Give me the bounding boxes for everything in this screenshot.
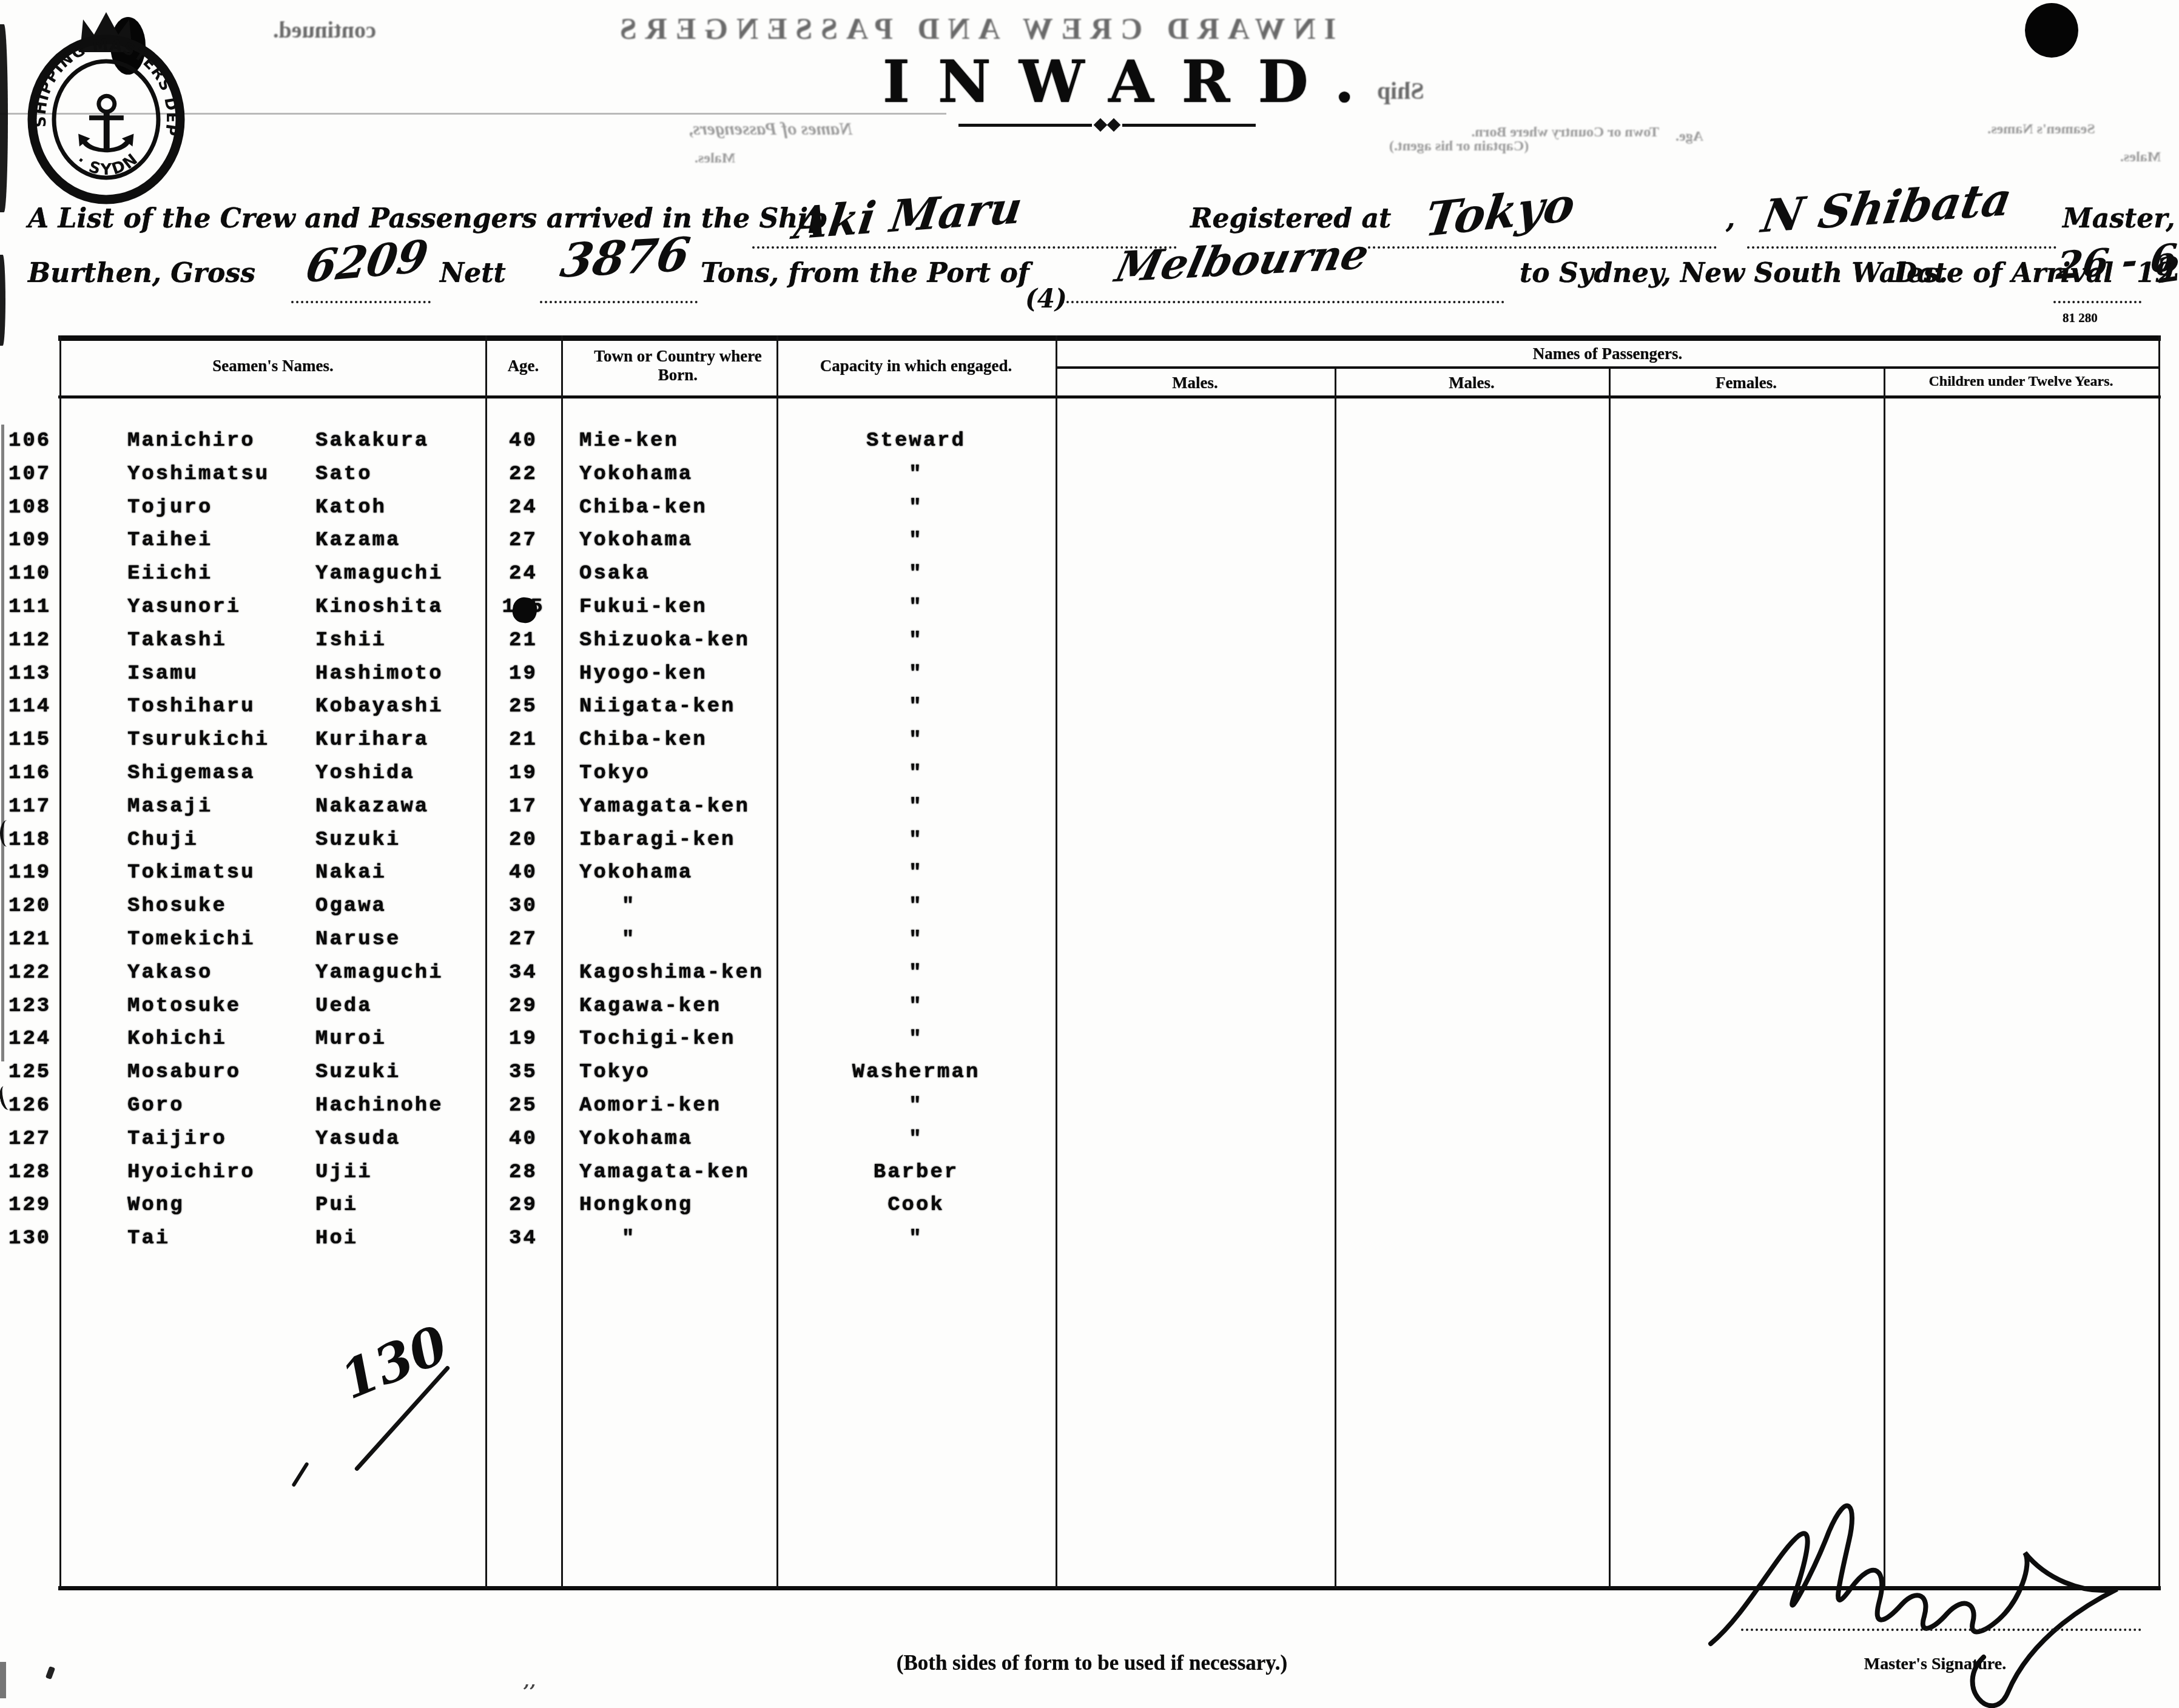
seaman-first-name: Taijiro [127, 1128, 227, 1151]
table-row: 108 Tojuro Katoh 24 Chiba-ken " [0, 493, 2179, 526]
seaman-age: 19 [485, 662, 561, 685]
seaman-last-name: Ishii [315, 629, 386, 652]
port-note: (4) [1025, 284, 1067, 314]
row-number: 113 [8, 662, 63, 685]
table-row: 107 Yoshimatsu Sato 22 Yokohama " [0, 459, 2179, 493]
row-number: 108 [8, 496, 63, 519]
seaman-age: 19 [485, 762, 561, 785]
bleedthrough-seamens: Seamen's Names. [1972, 121, 2111, 137]
row-number: 126 [8, 1094, 63, 1117]
seaman-capacity: " [778, 496, 1054, 519]
seaman-capacity: " [778, 1227, 1054, 1250]
seaman-first-name: Manichiro [127, 429, 255, 452]
master-label: Master, [2063, 203, 2175, 234]
seaman-age: 34 [485, 1227, 561, 1250]
speck [45, 1666, 55, 1679]
row-number: 119 [8, 861, 63, 884]
seaman-age: 21 [485, 629, 561, 652]
row-number: 109 [8, 529, 63, 552]
seaman-capacity: Washerman [778, 1061, 1054, 1084]
bleedthrough-ship: Ship [1377, 76, 1424, 105]
seaman-last-name: Ueda [315, 995, 372, 1018]
torn-edge-artifact [0, 255, 5, 346]
seaman-last-name: Sato [315, 463, 372, 486]
seaman-first-name: Eiichi [127, 562, 212, 585]
table-row: 116 Shigemasa Yoshida 19 Tokyo " [0, 758, 2179, 792]
table-row: 118 Chuji Suzuki 20 Ibaragi-ken " [0, 825, 2179, 858]
seaman-age: 40 [485, 429, 561, 452]
signature-label: Master's Signature. [1832, 1655, 2038, 1674]
row-number: 115 [8, 728, 63, 751]
seaman-last-name: Naruse [315, 928, 400, 951]
seaman-birthplace: Yokohama [579, 1128, 786, 1151]
seaman-capacity: " [778, 795, 1054, 818]
table-row: 128 Hyoichiro Ujii 28 Yamagata-ken Barbe… [0, 1157, 2179, 1191]
scanned-document-page: SHIPPING MASTERS DEPARTMENT · SYDNEY · ⚓… [0, 0, 2179, 1708]
row-number: 128 [8, 1161, 63, 1184]
table-row: 127 Taijiro Yasuda 40 Yokohama " [0, 1124, 2179, 1157]
seaman-last-name: Kinoshita [315, 596, 443, 619]
seaman-last-name: Suzuki [315, 829, 400, 852]
seaman-birthplace: Kagoshima-ken [579, 961, 786, 984]
seaman-first-name: Tai [127, 1227, 170, 1250]
table-row: 129 Wong Pui 29 Hongkong Cook [0, 1190, 2179, 1223]
table-row: 119 Tokimatsu Nakai 40 Yokohama " [0, 858, 2179, 891]
seaman-age: 29 [485, 995, 561, 1018]
table-top-border [58, 335, 2161, 341]
signature-line [1741, 1595, 2141, 1631]
seaman-birthplace: Shizuoka-ken [579, 629, 786, 652]
seaman-age: 21 [485, 728, 561, 751]
table-row: 112 Takashi Ishii 21 Shizuoka-ken " [0, 625, 2179, 659]
header-town: Town or Country where Born. [579, 347, 776, 385]
footer-note: (Both sides of form to be used if necess… [789, 1651, 1395, 1675]
title-ornament [958, 120, 1256, 130]
seaman-last-name: Muroi [315, 1027, 386, 1051]
row-number: 118 [8, 829, 63, 852]
seaman-age: 28 [485, 1161, 561, 1184]
seaman-first-name: Masaji [127, 795, 212, 818]
row-number: 117 [8, 795, 63, 818]
seaman-birthplace: Yamagata-ken [579, 1161, 786, 1184]
seaman-last-name: Yamaguchi [315, 562, 443, 585]
row-number: 112 [8, 629, 63, 652]
row-number: 127 [8, 1128, 63, 1151]
seaman-last-name: Hachinohe [315, 1094, 443, 1117]
seaman-first-name: Hyoichiro [127, 1161, 255, 1184]
anchor-icon: ⚓ [71, 78, 142, 170]
seaman-age: 25 [485, 1094, 561, 1117]
seaman-capacity: " [778, 961, 1054, 984]
form-number: 81 280 [2063, 311, 2098, 325]
row-number: 124 [8, 1027, 63, 1051]
seaman-capacity: Cook [778, 1194, 1054, 1217]
seaman-first-name: Tomekichi [127, 928, 255, 951]
header-age: Age. [485, 357, 561, 375]
seaman-first-name: Yasunori [127, 596, 241, 619]
pen-mark [0, 820, 14, 847]
seaman-first-name: Yakaso [127, 961, 212, 984]
seaman-first-name: Chuji [127, 829, 198, 852]
hole-punch-right [2025, 3, 2078, 58]
seaman-birthplace: Yokohama [579, 861, 786, 884]
seaman-first-name: Wong [127, 1194, 184, 1217]
header-males-1: Males. [1056, 374, 1335, 392]
seaman-age: 25 [485, 695, 561, 718]
seaman-capacity: " [778, 762, 1054, 785]
seaman-last-name: Nakai [315, 861, 386, 884]
seaman-first-name: Tsurukichi [127, 728, 269, 751]
seaman-capacity: " [778, 1128, 1054, 1151]
seaman-age: 29 [485, 1194, 561, 1217]
bleedthrough-males-left: Males. [695, 150, 735, 166]
row-number: 116 [8, 762, 63, 785]
seaman-capacity: " [778, 629, 1054, 652]
comma: , [1726, 203, 1735, 234]
seaman-first-name: Motosuke [127, 995, 241, 1018]
seaman-capacity: Barber [778, 1161, 1054, 1184]
bleedthrough-town: Town or Country where Born. [1514, 124, 1659, 140]
table-row: 125 Mosaburo Suzuki 35 Tokyo Washerman [0, 1057, 2179, 1091]
seaman-age: 27 [485, 928, 561, 951]
seaman-birthplace: Niigata-ken [579, 695, 786, 718]
seaman-capacity: " [778, 529, 1054, 552]
seaman-birthplace: Kagawa-ken [579, 995, 786, 1018]
seaman-last-name: Yoshida [315, 762, 415, 785]
seaman-last-name: Kurihara [315, 728, 429, 751]
row-number: 110 [8, 562, 63, 585]
row-number: 111 [8, 596, 63, 619]
table-row: 121 Tomekichi Naruse 27 " " [0, 924, 2179, 958]
seaman-age: 30 [485, 895, 561, 918]
table-row: 126 Goro Hachinohe 25 Aomori-ken " [0, 1091, 2179, 1124]
table-row: 114 Toshiharu Kobayashi 25 Niigata-ken " [0, 691, 2179, 725]
seaman-last-name: Kobayashi [315, 695, 443, 718]
seaman-age: 19 [485, 1027, 561, 1051]
seaman-capacity: " [778, 728, 1054, 751]
table-row: 130 Tai Hoi 34 " " [0, 1223, 2179, 1257]
bleedthrough-continued: continued. [273, 17, 376, 44]
header-seamens-names: Seamen's Names. [61, 357, 485, 375]
seaman-age: 40 [485, 861, 561, 884]
table-row: 117 Masaji Nakazawa 17 Yamagata-ken " [0, 792, 2179, 825]
seaman-last-name: Hoi [315, 1227, 358, 1250]
seaman-capacity: " [778, 1027, 1054, 1051]
table-row: 111 Yasunori Kinoshita 1 5 Fukui-ken " [0, 592, 2179, 625]
seaman-birthplace: Chiba-ken [579, 496, 786, 519]
seaman-birthplace: Yamagata-ken [579, 795, 786, 818]
seaman-birthplace: Tochigi-ken [579, 1027, 786, 1051]
seaman-age: 24 [485, 562, 561, 585]
seaman-last-name: Hashimoto [315, 662, 443, 685]
nett-value: 3876 [557, 227, 693, 288]
seaman-first-name: Yoshimatsu [127, 463, 269, 486]
seaman-birthplace: Mie-ken [579, 429, 786, 452]
seaman-capacity: " [778, 928, 1054, 951]
seaman-first-name: Shosuke [127, 895, 227, 918]
table-row: 115 Tsurukichi Kurihara 21 Chiba-ken " [0, 725, 2179, 758]
torn-edge-artifact [0, 1662, 6, 1698]
seaman-birthplace: Osaka [579, 562, 786, 585]
seaman-first-name: Toshiharu [127, 695, 255, 718]
bleedthrough-age: Age. [1676, 129, 1703, 144]
bleedthrough-males-right: Males. [2120, 149, 2161, 165]
row-number: 130 [8, 1227, 63, 1250]
passengers-header-underline [1056, 366, 2160, 369]
seaman-first-name: Taihei [127, 529, 212, 552]
seaman-age: 27 [485, 529, 561, 552]
seaman-first-name: Kohichi [127, 1027, 227, 1051]
bleedthrough-title: INWARD CREW AND PASSENGERS [467, 11, 1480, 46]
seaman-capacity: " [778, 695, 1054, 718]
table-row: 122 Yakaso Yamaguchi 34 Kagoshima-ken " [0, 958, 2179, 991]
seaman-age: 24 [485, 496, 561, 519]
table-row: 106 Manichiro Sakakura 40 Mie-ken Stewar… [0, 426, 2179, 459]
table-row: 109 Taihei Kazama 27 Yokohama " [0, 525, 2179, 559]
seaman-capacity: " [778, 463, 1054, 486]
seaman-birthplace: Chiba-ken [579, 728, 786, 751]
row-number: 120 [8, 895, 63, 918]
seaman-capacity: " [778, 596, 1054, 619]
row-number: 125 [8, 1061, 63, 1084]
table-row: 113 Isamu Hashimoto 19 Hyogo-ken " [0, 659, 2179, 692]
seaman-last-name: Yasuda [315, 1128, 400, 1151]
seaman-last-name: Suzuki [315, 1061, 400, 1084]
seaman-capacity: " [778, 861, 1054, 884]
seaman-first-name: Mosaburo [127, 1061, 241, 1084]
seaman-age: 35 [485, 1061, 561, 1084]
seaman-capacity: " [778, 662, 1054, 685]
form-line2-label: Burthen, Gross [28, 258, 255, 289]
seaman-birthplace: Fukui-ken [579, 596, 786, 619]
row-number: 122 [8, 961, 63, 984]
header-males-2: Males. [1335, 374, 1609, 392]
seaman-age: 40 [485, 1128, 561, 1151]
seaman-age: 20 [485, 829, 561, 852]
seaman-last-name: Ogawa [315, 895, 386, 918]
seaman-capacity: Steward [778, 429, 1054, 452]
seaman-last-name: Ujii [315, 1161, 372, 1184]
page-title: INWARD. [883, 47, 1383, 116]
row-number: 114 [8, 695, 63, 718]
header-bottom-line [58, 395, 2161, 398]
seaman-capacity: " [778, 829, 1054, 852]
seaman-last-name: Nakazawa [315, 795, 429, 818]
seaman-first-name: Shigemasa [127, 762, 255, 785]
seaman-capacity: " [778, 995, 1054, 1018]
seaman-birthplace: Tokyo [579, 1061, 786, 1084]
seaman-first-name: Tojuro [127, 496, 212, 519]
seaman-last-name: Kazama [315, 529, 400, 552]
header-females: Females. [1609, 374, 1884, 392]
seaman-birthplace: Tokyo [579, 762, 786, 785]
seaman-last-name: Yamaguchi [315, 961, 443, 984]
seaman-first-name: Tokimatsu [127, 861, 255, 884]
seaman-birthplace: Yokohama [579, 529, 786, 552]
margin-scribble: ’’ [523, 1681, 536, 1703]
header-children: Children under Twelve Years. [1884, 374, 2158, 391]
seaman-birthplace: Aomori-ken [579, 1094, 786, 1117]
row-number: 129 [8, 1194, 63, 1217]
header-capacity: Capacity in which engaged. [776, 357, 1056, 375]
seaman-last-name: Katoh [315, 496, 386, 519]
seaman-birthplace: Yokohama [579, 463, 786, 486]
nett-label: Nett [440, 258, 506, 289]
seaman-last-name: Sakakura [315, 429, 429, 452]
seaman-capacity: " [778, 1094, 1054, 1117]
bleedthrough-names-of-passengers: Names of Passengers, [634, 119, 907, 139]
seaman-age: 22 [485, 463, 561, 486]
seaman-age: 34 [485, 961, 561, 984]
form-line2-mid: Tons, from the Port of [701, 258, 1029, 289]
destination-label: to Sydney, New South Wales. [1520, 258, 1948, 289]
seaman-capacity: " [778, 895, 1054, 918]
table-row: 124 Kohichi Muroi 19 Tochigi-ken " [0, 1024, 2179, 1057]
row-number: 123 [8, 995, 63, 1018]
seaman-capacity: " [778, 562, 1054, 585]
table-row: 120 Shosuke Ogawa 30 " " [0, 891, 2179, 924]
table-row: 110 Eiichi Yamaguchi 24 Osaka " [0, 559, 2179, 592]
row-number: 121 [8, 928, 63, 951]
seaman-first-name: Isamu [127, 662, 198, 685]
seaman-first-name: Goro [127, 1094, 184, 1117]
row-number: 106 [8, 429, 63, 452]
header-names-of-passengers: Names of Passengers. [1056, 345, 2160, 363]
seaman-birthplace: Hongkong [579, 1194, 786, 1217]
seaman-birthplace: Ibaragi-ken [579, 829, 786, 852]
registered-at-label: Registered at [1190, 203, 1391, 234]
seaman-last-name: Pui [315, 1194, 358, 1217]
shipping-masters-stamp: SHIPPING MASTERS DEPARTMENT · SYDNEY · ⚓ [15, 1, 197, 204]
seaman-birthplace: Hyogo-ken [579, 662, 786, 685]
bleedthrough-captain-agent: (Captain or his agent.) [1386, 138, 1532, 154]
torn-edge-artifact [0, 24, 8, 212]
pen-mark [291, 1462, 309, 1487]
seaman-first-name: Takashi [127, 629, 227, 652]
crew-tally: 130 [332, 1314, 456, 1411]
seaman-age: 17 [485, 795, 561, 818]
row-number: 107 [8, 463, 63, 486]
table-row: 123 Motosuke Ueda 29 Kagawa-ken " [0, 991, 2179, 1024]
